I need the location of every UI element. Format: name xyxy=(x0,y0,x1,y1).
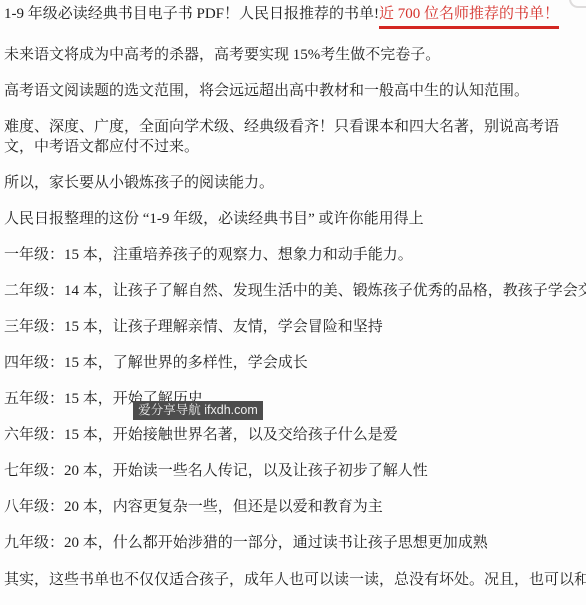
grade-row-1: 一年级：15 本，注重培养孩子的观察力、想象力和动手能力。 xyxy=(4,245,586,265)
paragraph-booklist-intro: 人民日报整理的这份 “1-9 年级，必读经典书目” 或许你能用得上 xyxy=(4,209,586,229)
paragraph-difficulty: 难度、深度、广度，全面向学术级、经典级看齐！只看课本和四大名著，别说高考语文，中… xyxy=(4,117,586,157)
grade-row-7: 七年级：20 本，开始读一些名人传记，以及让孩子初步了解人性 xyxy=(4,461,586,481)
grade-row-6: 六年级：15 本，开始接触世界名著，以及交给孩子什么是爱 xyxy=(4,425,586,445)
grade-row-9: 九年级：20 本，什么都开始涉猎的一部分，通过读书让孩子思想更加成熟 xyxy=(4,533,586,553)
grade-row-5: 五年级：15 本，开始了解历史 xyxy=(4,389,586,409)
watermark-badge: 爱分享导航 ifxdh.com xyxy=(133,401,263,420)
grade-row-4: 四年级：15 本，了解世界的多样性，学会成长 xyxy=(4,353,586,373)
paragraph-reading-scope: 高考语文阅读题的选文范围，将会远远超出高中教材和一般高中生的认知范围。 xyxy=(4,81,586,101)
grade-row-3: 三年级：15 本，让孩子理解亲情、友情，学会冒险和坚持 xyxy=(4,317,586,337)
article-page: 1-9 年级必读经典书目电子书 PDF！人民日报推荐的书单!近 700 位名师推… xyxy=(0,0,586,590)
paragraph-conclusion: 所以，家长要从小锻炼孩子的阅读能力。 xyxy=(4,173,586,193)
paragraph-future-chinese: 未来语文将成为中高考的杀器，高考要实现 15%考生做不完卷子。 xyxy=(4,45,586,65)
grade-row-8: 八年级：20 本，内容更复杂一些，但还是以爱和教育为主 xyxy=(4,497,586,517)
grade-row-2: 二年级：14 本，让孩子了解自然、发现生活中的美、锻炼孩子优秀的品格，教孩子学会… xyxy=(4,281,586,301)
title-prefix: 1-9 年级必读经典书目电子书 PDF！人民日报推荐的书单! xyxy=(4,6,379,22)
paragraph-footer: 其实，这些书单也不仅仅适合孩子，成年人也可以读一读，总没有坏处。况且，也可以和孩… xyxy=(4,570,586,590)
title-highlight-underlined: 近 700 位名师推荐的书单！ xyxy=(379,5,559,29)
article-title: 1-9 年级必读经典书目电子书 PDF！人民日报推荐的书单!近 700 位名师推… xyxy=(4,4,586,29)
